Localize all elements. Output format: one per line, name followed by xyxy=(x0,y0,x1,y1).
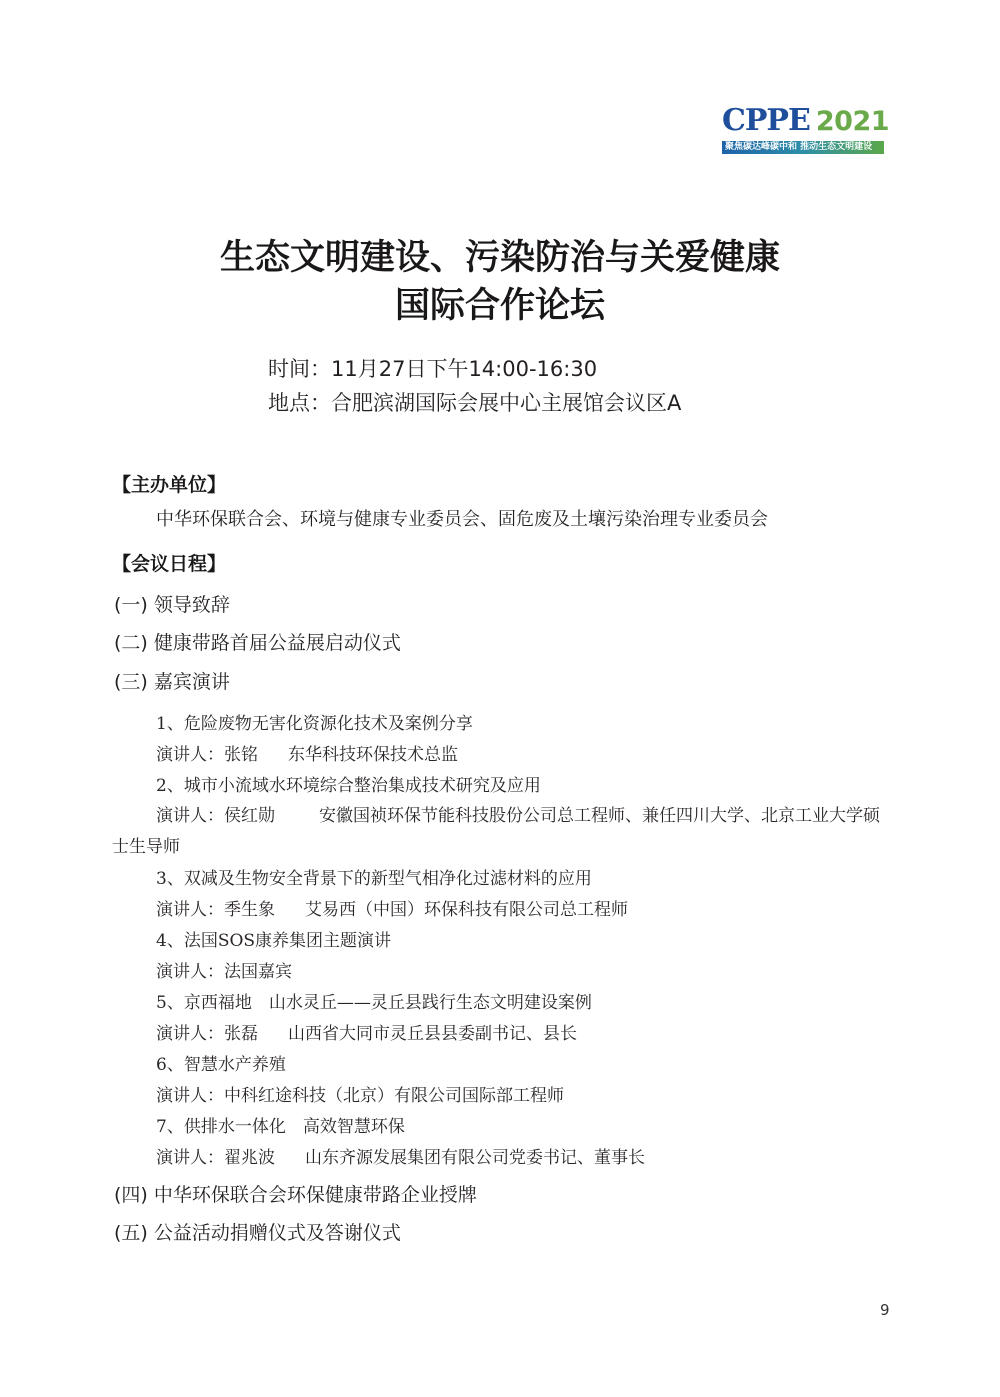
speaker-affiliation: 艾易西（中国）环保科技有限公司总工程师 xyxy=(305,900,628,920)
speaker-label: 演讲人： xyxy=(156,900,224,920)
talk-4-speaker: 演讲人：法国嘉宾 xyxy=(156,957,292,982)
speaker-name: 侯红勋 xyxy=(224,806,275,826)
speaker-name: 季生象 xyxy=(224,900,275,920)
event-meta: 时间：11月27日下午14:00-16:30 地点：合肥滨湖国际会展中心主展馆会… xyxy=(268,352,681,420)
talk-3-speaker: 演讲人：季生象艾易西（中国）环保科技有限公司总工程师 xyxy=(156,895,628,920)
logo-wordmark: CPPE 2021 xyxy=(722,106,884,140)
talk-6-speaker: 演讲人：中科红途科技（北京）有限公司国际部工程师 xyxy=(156,1081,564,1106)
organizers-text: 中华环保联合会、环境与健康专业委员会、固危废及土壤污染治理专业委员会 xyxy=(156,505,768,531)
speaker-label: 演讲人： xyxy=(156,1024,224,1044)
agenda-item-4: (四) 中华环保联合会环保健康带路企业授牌 xyxy=(114,1180,477,1207)
speaker-label: 演讲人： xyxy=(156,806,224,826)
speaker-label: 演讲人： xyxy=(156,1148,224,1168)
cppe-2021-logo: CPPE 2021 聚焦碳达峰碳中和 推动生态文明建设 xyxy=(722,106,884,154)
talk-7-speaker: 演讲人：翟兆波山东齐源发展集团有限公司党委书记、董事长 xyxy=(156,1143,645,1168)
event-location: 地点：合肥滨湖国际会展中心主展馆会议区A xyxy=(268,386,681,420)
organizers-heading: 【主办单位】 xyxy=(112,470,226,497)
talk-3-topic: 3、双减及生物安全背景下的新型气相净化过滤材料的应用 xyxy=(156,864,592,889)
page-number: 9 xyxy=(880,1301,890,1319)
talk-1-speaker: 演讲人：张铭东华科技环保技术总监 xyxy=(156,740,458,765)
speaker-name: 翟兆波 xyxy=(224,1148,275,1168)
speaker-label: 演讲人： xyxy=(156,962,224,982)
speaker-label: 演讲人： xyxy=(156,745,224,765)
speaker-affiliation: 山东齐源发展集团有限公司党委书记、董事长 xyxy=(305,1148,645,1168)
speaker-label: 演讲人： xyxy=(156,1086,224,1106)
speaker-name: 张铭 xyxy=(224,745,258,765)
talk-2-speaker: 演讲人：侯红勋安徽国祯环保节能科技股份公司总工程师、兼任四川大学、北京工业大学硕… xyxy=(112,801,882,863)
title-line-2: 国际合作论坛 xyxy=(0,282,1000,330)
speaker-affiliation: 东华科技环保技术总监 xyxy=(288,745,458,765)
agenda-heading: 【会议日程】 xyxy=(112,549,226,576)
page-title: 生态文明建设、污染防治与关爱健康 国际合作论坛 xyxy=(0,234,1000,330)
logo-slogan-banner: 聚焦碳达峰碳中和 推动生态文明建设 xyxy=(722,141,884,154)
speaker-name: 中科红途科技（北京）有限公司国际部工程师 xyxy=(224,1086,564,1106)
talk-2-topic: 2、城市小流域水环境综合整治集成技术研究及应用 xyxy=(156,771,541,796)
speaker-name: 法国嘉宾 xyxy=(224,962,292,982)
talk-1-topic: 1、危险废物无害化资源化技术及案例分享 xyxy=(156,709,473,734)
talk-5-topic: 5、京西福地 山水灵丘——灵丘县践行生态文明建设案例 xyxy=(156,988,592,1013)
speaker-name: 张磊 xyxy=(224,1024,258,1044)
agenda-item-2: (二) 健康带路首届公益展启动仪式 xyxy=(114,628,401,655)
agenda-item-1: (一) 领导致辞 xyxy=(114,590,230,617)
talk-6-topic: 6、智慧水产养殖 xyxy=(156,1050,286,1075)
agenda-item-5: (五) 公益活动捐赠仪式及答谢仪式 xyxy=(114,1218,401,1245)
logo-brand: CPPE xyxy=(722,106,810,136)
logo-year: 2021 xyxy=(816,108,889,135)
talk-7-topic: 7、供排水一体化 高效智慧环保 xyxy=(156,1112,405,1137)
title-line-1: 生态文明建设、污染防治与关爱健康 xyxy=(0,234,1000,282)
document-page: CPPE 2021 聚焦碳达峰碳中和 推动生态文明建设 生态文明建设、污染防治与… xyxy=(0,0,1000,1397)
event-time: 时间：11月27日下午14:00-16:30 xyxy=(268,352,681,386)
agenda-item-3: (三) 嘉宾演讲 xyxy=(114,667,230,694)
talk-5-speaker: 演讲人：张磊山西省大同市灵丘县县委副书记、县长 xyxy=(156,1019,577,1044)
speaker-affiliation: 山西省大同市灵丘县县委副书记、县长 xyxy=(288,1024,577,1044)
talk-4-topic: 4、法国SOS康养集团主题演讲 xyxy=(156,926,391,951)
